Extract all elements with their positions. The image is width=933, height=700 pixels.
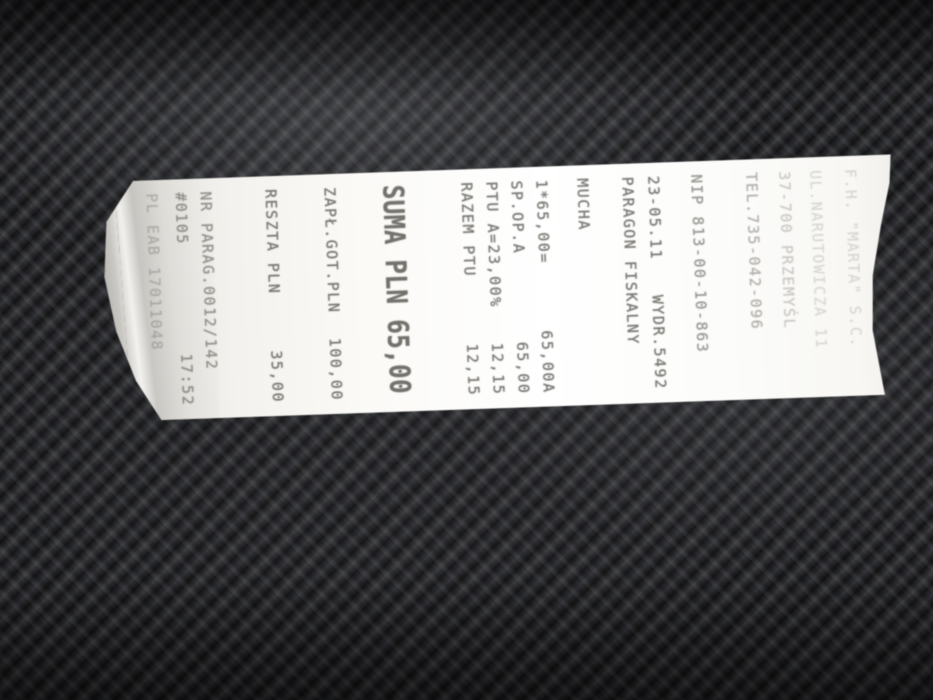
photo-vignette: [0, 0, 933, 700]
